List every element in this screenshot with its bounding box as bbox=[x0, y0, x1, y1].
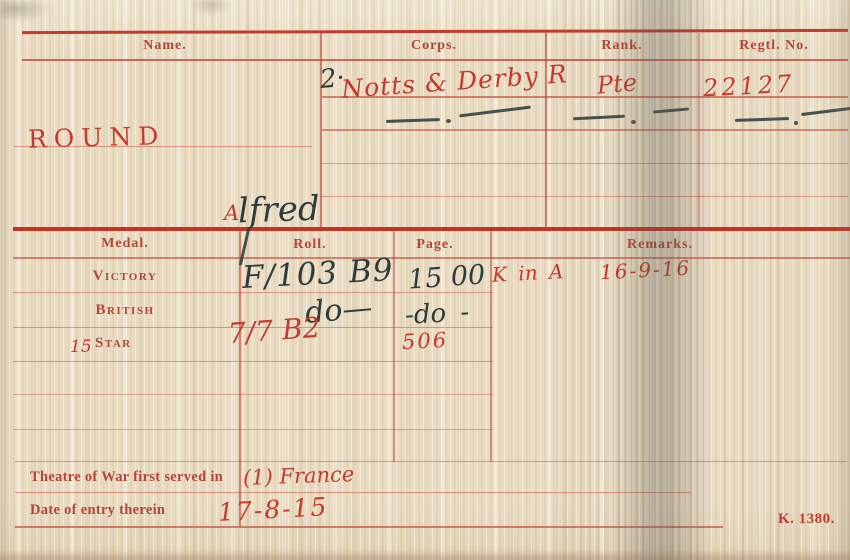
remarks-handwriting: K in A bbox=[491, 259, 564, 287]
right-edge-shadow bbox=[830, 0, 850, 560]
rule-bottom bbox=[15, 526, 723, 528]
medal-row-british-label: British bbox=[40, 302, 210, 319]
medal-row-victory-label: Victory bbox=[40, 268, 210, 285]
rule-medal-row bbox=[13, 429, 493, 430]
form-number: K. 1380. bbox=[778, 511, 835, 528]
ditto-mark bbox=[801, 107, 850, 116]
rule-medal-row bbox=[13, 361, 493, 362]
remarks-date-handwriting: 16-9-16 bbox=[599, 256, 691, 285]
regtl-no-handwriting: 22127 bbox=[702, 70, 795, 103]
rule-theatre-top bbox=[15, 461, 847, 462]
medal-index-card: Name. Corps. Rank. Regtl. No. 2· Notts &… bbox=[0, 0, 850, 560]
left-edge-shadow bbox=[0, 0, 14, 560]
bottom-edge-shadow bbox=[0, 549, 850, 560]
ditto-mark bbox=[735, 117, 789, 122]
date-of-entry-handwriting: 17-8-15 bbox=[217, 492, 329, 527]
name-column-header: Name. bbox=[15, 38, 315, 54]
ditto-mark bbox=[573, 115, 625, 121]
rule-top-thick bbox=[22, 29, 848, 34]
medal-row-star-label: Star bbox=[95, 335, 132, 352]
rule-theatre-under bbox=[15, 492, 691, 493]
star-roll-handwriting: 7/7 B2 bbox=[227, 311, 321, 350]
regtl-no-column-header: Regtl. No. bbox=[700, 38, 848, 54]
rule-medal-header-under bbox=[13, 257, 850, 259]
top-edge-smudge bbox=[190, 0, 232, 16]
divider-rank-regtl bbox=[698, 33, 700, 228]
ditto-dot bbox=[631, 120, 636, 124]
ditto-dot bbox=[794, 121, 798, 125]
ditto-mark bbox=[459, 106, 531, 118]
theatre-of-war-label: Theatre of War first served in bbox=[30, 469, 223, 486]
roll-column-header: Roll. bbox=[260, 237, 360, 253]
rank-column-header: Rank. bbox=[548, 38, 696, 54]
date-of-entry-label: Date of entry therein bbox=[30, 502, 165, 519]
remarks-column-header: Remarks. bbox=[560, 237, 760, 253]
ditto-dot bbox=[446, 119, 451, 123]
rank-handwriting: Pte bbox=[596, 68, 638, 99]
corner-smudge bbox=[0, 0, 52, 22]
rule-row bbox=[320, 163, 848, 164]
rule-header-under bbox=[22, 59, 848, 61]
victory-page-handwriting: 15 00 bbox=[407, 259, 486, 295]
british-page-ditto-handwriting: -do - bbox=[404, 297, 470, 330]
corps-column-header: Corps. bbox=[325, 38, 543, 54]
ditto-mark bbox=[653, 107, 689, 113]
ditto-mark bbox=[386, 118, 440, 123]
medal-row-star-prefix-handwriting: 15 bbox=[70, 337, 92, 357]
divider-name-corps bbox=[320, 33, 322, 228]
rule-row bbox=[320, 196, 848, 197]
divider-roll-page bbox=[393, 231, 395, 462]
surname-handwriting: ROUND bbox=[28, 121, 166, 154]
page-column-header: Page. bbox=[385, 237, 485, 253]
theatre-of-war-handwriting: (1) France bbox=[243, 462, 355, 490]
victory-roll-handwriting: F/103 B9 bbox=[241, 252, 394, 296]
star-page-handwriting: 506 bbox=[401, 328, 448, 354]
forename-handwriting: lfred bbox=[237, 189, 320, 232]
medal-column-header: Medal. bbox=[40, 236, 210, 252]
corps-handwriting: Notts & Derby R bbox=[340, 59, 568, 104]
rule-section-thick bbox=[13, 227, 850, 231]
rule-row bbox=[322, 129, 848, 131]
rule-medal-row bbox=[13, 394, 493, 395]
divider-medal-roll bbox=[239, 231, 241, 527]
